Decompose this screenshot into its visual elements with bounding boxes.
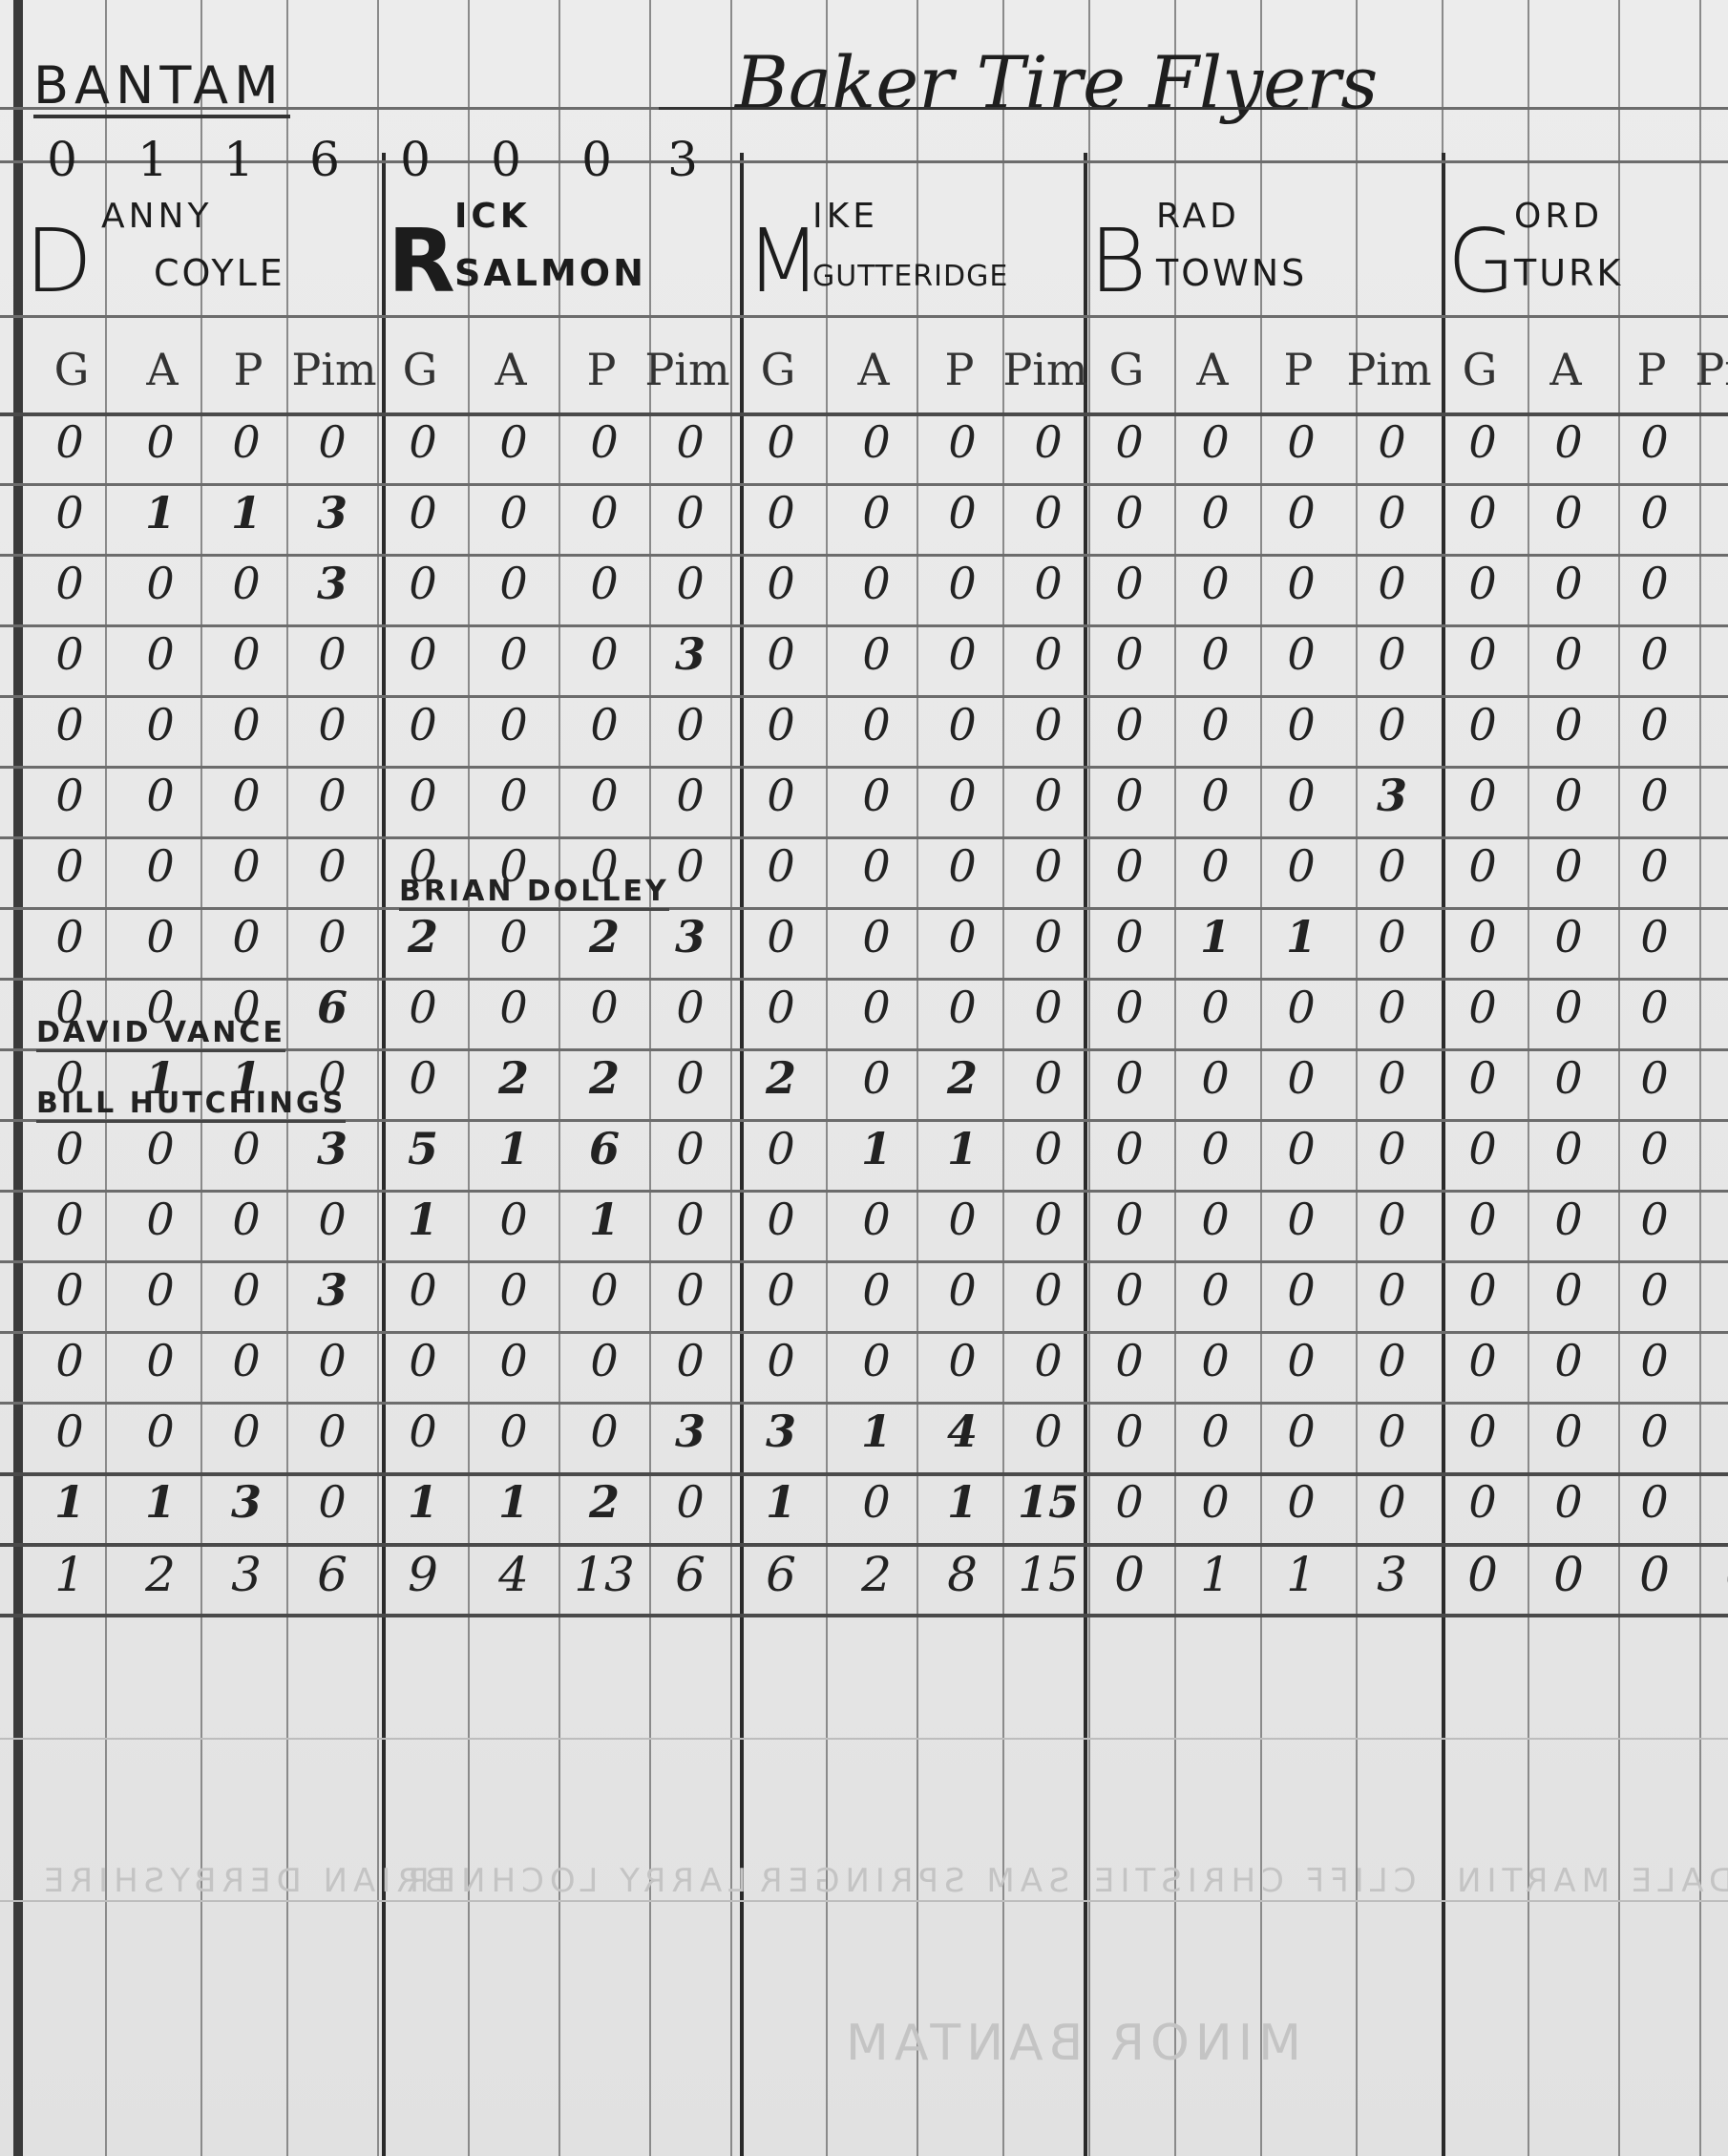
stat-cell: 0	[1438, 1194, 1528, 1245]
stat-cell: 0	[645, 416, 735, 468]
stat-cell: 0	[1085, 487, 1174, 539]
stat-cell: 0	[1085, 1476, 1174, 1528]
stat-cell: 0	[201, 416, 291, 468]
stat-cell: 0	[116, 1194, 205, 1245]
stat-cell: 0	[1085, 982, 1174, 1033]
stat-cell: 2	[559, 911, 649, 962]
stat-total: 0	[1610, 1547, 1699, 1602]
stat-cell: 0	[1438, 699, 1528, 750]
stat-cell: 0	[645, 699, 735, 750]
game-score: 1	[119, 132, 186, 187]
stat-cell: 3	[287, 1123, 377, 1174]
stat-cell: 0	[469, 699, 558, 750]
stat-column-header: G	[1437, 344, 1523, 395]
game-score: 6	[291, 132, 358, 187]
stat-column-header: P	[1609, 344, 1695, 395]
stat-column-header: A	[468, 344, 554, 395]
stat-cell: 0	[1003, 770, 1093, 821]
division-label: BANTAM	[33, 57, 290, 118]
stat-cell: 0	[1170, 1264, 1260, 1316]
stat-cell: 0	[201, 911, 291, 962]
stat-cell: 3	[287, 558, 377, 609]
stat-cell: 0	[1696, 487, 1728, 539]
stat-cell: 0	[1256, 1335, 1346, 1386]
stat-cell: 0	[1524, 1052, 1613, 1104]
stat-column-header: G	[1084, 344, 1170, 395]
stat-cell: 0	[25, 1335, 115, 1386]
player-initial: B	[1089, 210, 1147, 312]
stat-cell: 1	[378, 1194, 468, 1245]
stat-cell: 0	[917, 487, 1007, 539]
stat-cell: 0	[736, 487, 826, 539]
stat-cell: 0	[1696, 628, 1728, 680]
stat-cell: 0	[645, 982, 735, 1033]
stat-cell: 0	[1085, 1335, 1174, 1386]
stat-cell: 0	[1170, 699, 1260, 750]
stat-cell: 0	[1170, 416, 1260, 468]
stat-cell: 0	[832, 1194, 921, 1245]
stat-cell: 0	[1524, 1476, 1613, 1528]
stat-cell: 0	[736, 911, 826, 962]
stat-cell: 0	[559, 1264, 649, 1316]
stat-cell: 0	[201, 770, 291, 821]
stat-total: 1	[1256, 1547, 1346, 1602]
stat-column-header: Pim	[1346, 344, 1432, 395]
stat-cell: 0	[1438, 628, 1528, 680]
stat-cell: 1	[201, 487, 291, 539]
player-first-name: IKE	[812, 197, 878, 236]
player-last-name: COYLE	[154, 252, 285, 294]
stat-cell: 0	[1610, 699, 1699, 750]
stat-total: 0	[1696, 1547, 1728, 1602]
stat-cell: 0	[832, 1335, 921, 1386]
stat-cell: 0	[1085, 416, 1174, 468]
stat-cell: 0	[1610, 1264, 1699, 1316]
stat-cell: 0	[1003, 982, 1093, 1033]
stat-cell: 1	[832, 1123, 921, 1174]
stat-total: 6	[287, 1547, 377, 1602]
stat-cell: 0	[1524, 770, 1613, 821]
stat-cell: 1	[116, 487, 205, 539]
stat-cell: 0	[917, 1194, 1007, 1245]
stat-cell: 0	[736, 770, 826, 821]
stat-column-header: Pim	[644, 344, 730, 395]
stat-total: 15	[1003, 1547, 1093, 1602]
stat-cell: 0	[645, 1123, 735, 1174]
stat-cell: 0	[1170, 1052, 1260, 1104]
stat-column-header: G	[377, 344, 463, 395]
stat-cell: 0	[1438, 840, 1528, 892]
stat-cell: 0	[116, 1123, 205, 1174]
stat-cell: 2	[917, 1052, 1007, 1104]
stat-cell: 0	[559, 770, 649, 821]
ruled-line-horizontal	[0, 315, 1728, 318]
stat-cell: 0	[1085, 911, 1174, 962]
stat-total: 6	[645, 1547, 735, 1602]
stat-cell: 4	[917, 1406, 1007, 1457]
stat-column-header: A	[1170, 344, 1255, 395]
bleed-through-label: LARRY LOCHNER	[401, 1862, 747, 1900]
stat-cell: 0	[1003, 487, 1093, 539]
stat-cell: 0	[1438, 558, 1528, 609]
stat-cell: 0	[1003, 1194, 1093, 1245]
stat-cell: 0	[1347, 416, 1437, 468]
player-first-name: ORD	[1514, 197, 1603, 236]
stat-cell: 0	[1085, 1052, 1174, 1104]
game-score: 0	[382, 132, 449, 187]
stat-cell: 0	[736, 558, 826, 609]
stat-cell: 0	[832, 982, 921, 1033]
stat-total: 0	[1438, 1547, 1528, 1602]
ruled-line-horizontal	[0, 766, 1728, 769]
stat-cell: 0	[1347, 1123, 1437, 1174]
stat-cell: 0	[287, 416, 377, 468]
stat-cell: 0	[645, 1194, 735, 1245]
stat-cell: 0	[559, 699, 649, 750]
stat-cell: 0	[1003, 1406, 1093, 1457]
stat-cell: 0	[1696, 982, 1728, 1033]
stat-cell: 0	[1170, 770, 1260, 821]
stat-cell: 0	[469, 628, 558, 680]
game-score: 1	[205, 132, 272, 187]
stat-cell: 0	[1003, 1335, 1093, 1386]
stat-cell: 0	[469, 1335, 558, 1386]
stat-cell: 0	[378, 487, 468, 539]
stat-cell: 0	[1438, 982, 1528, 1033]
stat-column-header: A	[831, 344, 917, 395]
stat-cell: 0	[201, 1194, 291, 1245]
stat-cell: 0	[1170, 487, 1260, 539]
stat-cell: 0	[25, 1194, 115, 1245]
stat-cell: 0	[559, 982, 649, 1033]
stat-cell: 0	[559, 1335, 649, 1386]
stat-cell: 3	[287, 487, 377, 539]
stat-cell: 0	[1256, 1052, 1346, 1104]
stat-cell: 1	[736, 1476, 826, 1528]
player-first-name: RAD	[1156, 197, 1240, 236]
stat-cell: 0	[201, 1123, 291, 1174]
stat-cell: 0	[1524, 1123, 1613, 1174]
bleed-through-label: DALE MARTIN	[1451, 1862, 1728, 1900]
stat-cell: 0	[25, 911, 115, 962]
stat-cell: 0	[1438, 1123, 1528, 1174]
ruled-line-horizontal	[0, 1260, 1728, 1263]
stat-cell: 0	[469, 487, 558, 539]
stat-cell: 0	[832, 487, 921, 539]
stat-cell: 0	[1347, 1264, 1437, 1316]
bleed-through-label: SAM SPRINGER	[754, 1862, 1069, 1900]
stat-total: 2	[832, 1547, 921, 1602]
stat-cell: 0	[378, 1052, 468, 1104]
bleed-through-label: BRIAN DERBYSHIRE	[38, 1862, 447, 1900]
stat-cell: 0	[1170, 982, 1260, 1033]
stat-cell: 0	[25, 416, 115, 468]
player-last-name: GUTTERIDGE	[812, 260, 1008, 293]
stat-cell: 2	[469, 1052, 558, 1104]
scoresheet-page: BANTAM Baker Tire Flyers 01160003 DANNYC…	[0, 0, 1728, 2156]
stat-cell: 0	[1696, 1194, 1728, 1245]
stat-cell: 0	[1610, 982, 1699, 1033]
stat-cell: 0	[287, 1335, 377, 1386]
player-last-name: TOWNS	[1156, 252, 1307, 294]
stat-cell: 0	[1610, 1052, 1699, 1104]
substitute-player-name: BILL HUTCHINGS	[36, 1087, 346, 1123]
stat-cell: 0	[1256, 1123, 1346, 1174]
stat-column-header: P	[558, 344, 644, 395]
stat-total: 8	[917, 1547, 1007, 1602]
stat-cell: 0	[469, 1194, 558, 1245]
stat-cell: 0	[25, 699, 115, 750]
player-first-name: ICK	[454, 197, 531, 236]
stat-cell: 0	[736, 628, 826, 680]
stat-cell: 0	[25, 1406, 115, 1457]
stat-cell: 0	[832, 770, 921, 821]
stat-cell: 0	[1347, 1476, 1437, 1528]
stat-column-header: Pim	[1695, 344, 1728, 395]
stat-cell: 0	[378, 1335, 468, 1386]
stat-cell: 0	[1696, 1123, 1728, 1174]
stat-cell: 0	[1256, 1406, 1346, 1457]
stat-cell: 0	[1085, 699, 1174, 750]
stat-cell: 0	[25, 1123, 115, 1174]
stat-cell: 0	[25, 487, 115, 539]
stat-cell: 0	[1085, 1123, 1174, 1174]
stat-cell: 0	[116, 628, 205, 680]
stat-cell: 0	[1003, 416, 1093, 468]
stat-cell: 0	[1524, 558, 1613, 609]
ruled-line-horizontal	[0, 554, 1728, 557]
ruled-line-horizontal	[0, 1738, 1728, 1740]
stat-cell: 0	[1696, 911, 1728, 962]
stat-cell: 0	[1085, 1406, 1174, 1457]
stat-cell: 0	[1256, 982, 1346, 1033]
ruled-line-horizontal	[0, 1331, 1728, 1334]
stat-cell: 0	[832, 416, 921, 468]
stat-column-header: G	[29, 344, 115, 395]
stat-cell: 0	[736, 1335, 826, 1386]
stat-cell: 0	[1696, 558, 1728, 609]
game-score: 3	[649, 132, 716, 187]
stat-cell: 0	[1438, 416, 1528, 468]
stat-cell: 0	[287, 911, 377, 962]
substitute-player-name: DAVID VANCE	[36, 1016, 285, 1052]
stat-cell: 0	[201, 558, 291, 609]
stat-cell: 1	[378, 1476, 468, 1528]
stat-cell: 0	[1696, 416, 1728, 468]
stat-cell: 0	[378, 416, 468, 468]
stat-cell: 0	[1438, 1264, 1528, 1316]
stat-cell: 0	[1610, 911, 1699, 962]
stat-cell: 0	[1003, 558, 1093, 609]
stat-cell: 0	[645, 558, 735, 609]
stat-total: 1	[25, 1547, 115, 1602]
stat-cell: 0	[287, 1406, 377, 1457]
stat-cell: 0	[832, 558, 921, 609]
stat-cell: 0	[645, 1052, 735, 1104]
ruled-line-horizontal	[0, 1402, 1728, 1405]
stat-cell: 0	[1347, 1194, 1437, 1245]
stat-cell: 0	[287, 699, 377, 750]
stat-cell: 2	[559, 1052, 649, 1104]
stat-cell: 0	[116, 1335, 205, 1386]
stat-cell: 0	[1085, 1264, 1174, 1316]
stat-cell: 0	[559, 1406, 649, 1457]
stat-cell: 0	[736, 840, 826, 892]
stat-cell: 3	[201, 1476, 291, 1528]
stat-cell: 0	[469, 770, 558, 821]
stat-cell: 0	[1347, 911, 1437, 962]
stat-total: 6	[736, 1547, 826, 1602]
stat-cell: 0	[1256, 1264, 1346, 1316]
stat-cell: 0	[1003, 840, 1093, 892]
stat-cell: 0	[1438, 1335, 1528, 1386]
player-initial: R	[388, 210, 455, 312]
ruled-line-horizontal	[0, 836, 1728, 839]
stat-total: 2	[116, 1547, 205, 1602]
stat-cell: 0	[1003, 628, 1093, 680]
stat-cell: 1	[1170, 911, 1260, 962]
stat-cell: 0	[1438, 1052, 1528, 1104]
stat-cell: 0	[1696, 1406, 1728, 1457]
stat-cell: 0	[287, 1194, 377, 1245]
stat-cell: 0	[1170, 1476, 1260, 1528]
stat-cell: 0	[1003, 911, 1093, 962]
stat-cell: 2	[736, 1052, 826, 1104]
stat-cell: 3	[736, 1406, 826, 1457]
stat-cell: 0	[201, 628, 291, 680]
stat-cell: 0	[559, 487, 649, 539]
stat-cell: 0	[832, 1264, 921, 1316]
stat-cell: 0	[1003, 1052, 1093, 1104]
stat-cell: 0	[1524, 416, 1613, 468]
stat-cell: 0	[1610, 558, 1699, 609]
stat-cell: 0	[1003, 699, 1093, 750]
game-score: 0	[473, 132, 539, 187]
stat-cell: 0	[378, 1264, 468, 1316]
stat-cell: 0	[287, 1476, 377, 1528]
stat-cell: 0	[736, 699, 826, 750]
stat-cell: 0	[832, 699, 921, 750]
stat-cell: 0	[645, 770, 735, 821]
stat-cell: 0	[645, 1264, 735, 1316]
stat-cell: 1	[1256, 911, 1346, 962]
stat-cell: 0	[1256, 1476, 1346, 1528]
stat-cell: 0	[1696, 1052, 1728, 1104]
stat-cell: 0	[201, 1335, 291, 1386]
stat-cell: 0	[917, 558, 1007, 609]
stat-cell: 0	[559, 416, 649, 468]
stat-cell: 0	[1347, 699, 1437, 750]
game-score: 0	[563, 132, 630, 187]
ruled-line-horizontal	[0, 1190, 1728, 1193]
stat-cell: 5	[378, 1123, 468, 1174]
ruled-line-horizontal	[0, 695, 1728, 698]
stat-cell: 15	[1003, 1476, 1093, 1528]
stat-cell: 2	[559, 1476, 649, 1528]
stat-cell: 0	[832, 628, 921, 680]
stat-cell: 0	[1696, 1335, 1728, 1386]
stat-total: 3	[201, 1547, 291, 1602]
stat-column-header: P	[205, 344, 291, 395]
stat-cell: 0	[25, 770, 115, 821]
player-initial: G	[1447, 210, 1515, 312]
stat-cell: 0	[1170, 840, 1260, 892]
stat-cell: 0	[559, 558, 649, 609]
stat-cell: 0	[25, 1264, 115, 1316]
stat-cell: 0	[287, 628, 377, 680]
stat-cell: 0	[378, 1406, 468, 1457]
stat-cell: 0	[1610, 1335, 1699, 1386]
stat-cell: 1	[469, 1123, 558, 1174]
stat-total: 4	[469, 1547, 558, 1602]
stat-cell: 0	[287, 840, 377, 892]
stat-cell: 0	[1256, 1194, 1346, 1245]
stat-cell: 0	[645, 1476, 735, 1528]
ruled-line-horizontal	[0, 907, 1728, 910]
stat-cell: 0	[1438, 911, 1528, 962]
stat-cell: 0	[917, 840, 1007, 892]
stat-cell: 0	[1524, 1406, 1613, 1457]
stat-cell: 0	[1610, 1194, 1699, 1245]
stat-cell: 0	[116, 911, 205, 962]
stat-column-header: Pim	[1002, 344, 1088, 395]
stat-cell: 0	[1256, 628, 1346, 680]
team-title: Baker Tire Flyers	[735, 40, 1378, 125]
stat-cell: 3	[645, 911, 735, 962]
stat-cell: 0	[832, 911, 921, 962]
stat-cell: 0	[378, 628, 468, 680]
stat-cell: 0	[1438, 487, 1528, 539]
stat-cell: 0	[1170, 628, 1260, 680]
stat-cell: 0	[1256, 699, 1346, 750]
stat-column-header: G	[735, 344, 821, 395]
stat-cell: 0	[469, 416, 558, 468]
stat-cell: 0	[832, 1052, 921, 1104]
stat-cell: 1	[559, 1194, 649, 1245]
player-initial: M	[746, 210, 821, 312]
stat-cell: 0	[1524, 840, 1613, 892]
player-initial: D	[25, 210, 93, 312]
stat-cell: 0	[917, 770, 1007, 821]
stat-cell: 0	[201, 1264, 291, 1316]
stat-column-header: A	[1523, 344, 1609, 395]
team-title-underline	[659, 107, 1308, 110]
stat-cell: 0	[1347, 1335, 1437, 1386]
stat-cell: 0	[1170, 1123, 1260, 1174]
stat-cell: 1	[25, 1476, 115, 1528]
stat-cell: 0	[1085, 628, 1174, 680]
stat-cell: 0	[1696, 699, 1728, 750]
stat-cell: 0	[645, 1335, 735, 1386]
stat-cell: 0	[378, 982, 468, 1033]
stat-cell: 0	[1170, 558, 1260, 609]
stat-cell: 0	[1610, 1123, 1699, 1174]
stat-cell: 0	[1610, 1406, 1699, 1457]
stat-cell: 0	[1256, 840, 1346, 892]
stat-cell: 0	[736, 1194, 826, 1245]
stat-cell: 0	[1003, 1123, 1093, 1174]
stat-cell: 0	[1438, 1406, 1528, 1457]
stat-cell: 0	[1256, 770, 1346, 821]
stat-cell: 0	[1347, 558, 1437, 609]
stat-cell: 0	[917, 982, 1007, 1033]
stat-cell: 0	[1347, 487, 1437, 539]
stat-cell: 0	[469, 911, 558, 962]
stat-cell: 0	[1524, 628, 1613, 680]
stat-cell: 0	[1524, 699, 1613, 750]
stat-cell: 0	[201, 1406, 291, 1457]
stat-cell: 0	[1347, 628, 1437, 680]
